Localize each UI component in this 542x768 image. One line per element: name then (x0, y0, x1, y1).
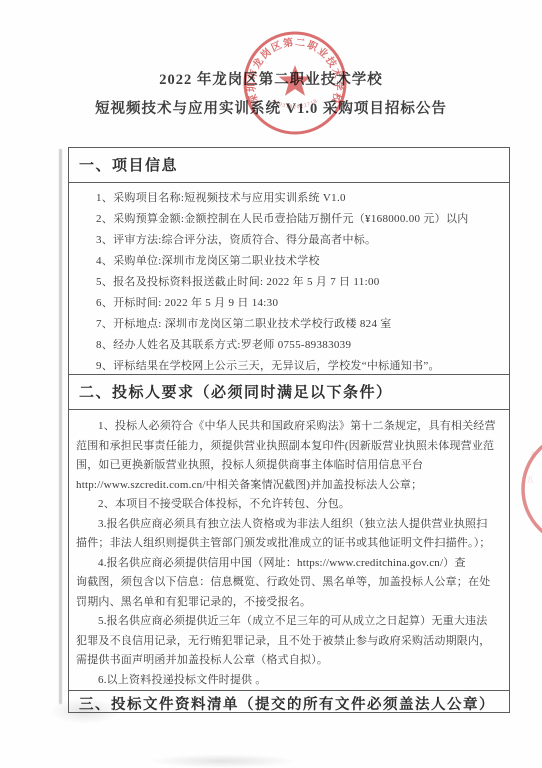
bidder-requirement-3: 3.报名供应商必须具有独立法人资格或为非法人组织（独立法人提供营业执照扫 描件；… (76, 515, 502, 554)
registration-deadline-item: 5、报名及投标资料报送截止时间: 2022 年 5 月 7 日 11:00 (77, 272, 501, 293)
bid-opening-place-item: 7、开标地点: 深圳市龙岗区第二职业技术学校行政楼 824 室 (77, 314, 501, 335)
edge-seal-ring (523, 433, 542, 545)
section-3-heading: 三、投标文件资料清单（提交的所有文件必须盖法人公章） (68, 690, 510, 713)
bidder-requirement-5: 5.报名供应商必须提供近三年（成立不足三年的可从成立之日起算）无重大违法 犯罪及… (76, 612, 502, 671)
seal-star-icon (279, 65, 311, 96)
announcement-table: 一、项目信息 1、采购项目名称:短视频技术与应用实训系统 V1.0 2、采购预算… (68, 147, 510, 713)
partial-edge-stamp: 卡 五 (520, 424, 542, 554)
result-publicity-item: 9、评标结果在学校网上公示三天，无异议后，学校发“中标通知书”。 (77, 356, 501, 375)
document-page: 2022 年龙岗区第二职业技术学校 短视频技术与应用实训系统 V1.0 采购项目… (0, 0, 542, 768)
bidder-requirement-1: 1、投标人必须符合《中华人民共和国政府采购法》第十二条规定，具有相关经营 范围和… (76, 417, 502, 495)
bidder-requirement-2: 2、本项目不接受联合体投标，不允许转包、分包。 (76, 495, 502, 515)
purchaser-item: 4、采购单位:深圳市龙岗区第二职业技术学校 (77, 251, 501, 272)
edge-seal-faint-text: 五 (526, 475, 534, 484)
section-1-heading: 一、项目信息 (68, 147, 510, 183)
official-seal-stamp: 深圳市龙岗区第二职业技术学校 4403182022718 (242, 30, 348, 136)
section-2-content: 1、投标人必须符合《中华人民共和国政府采购法》第十二条规定，具有相关经营 范围和… (68, 409, 510, 691)
budget-item: 2、采购预算金额:金额控制在人民币壹拾陆万捌仟元（¥168000.00 元）以内 (77, 209, 501, 230)
edge-seal-faint-text: 卡 (529, 450, 537, 460)
section-1-content: 1、采购项目名称:短视频技术与应用实训系统 V1.0 2、采购预算金额:金额控制… (68, 182, 510, 375)
project-name-item: 1、采购项目名称:短视频技术与应用实训系统 V1.0 (77, 188, 501, 209)
bidder-requirement-4: 4.报名供应商必须提供信用中国（网址：https://www.creditchi… (76, 554, 502, 613)
contact-item: 8、经办人姓名及其联系方式:罗老师 0755-89383039 (77, 335, 501, 356)
seal-serial-number: 4403182022718 (271, 98, 319, 110)
scan-smudge (148, 754, 298, 768)
scan-shadow-artifact (59, 149, 62, 704)
section-2-heading: 二、投标人要求（必须同时满足以下条件） (68, 374, 510, 410)
bidder-requirement-6: 6.以上资料投递投标文件时提供 。 (76, 671, 502, 691)
review-method-item: 3、评审方法:综合评分法，资质符合、得分最高者中标。 (77, 230, 501, 251)
bid-opening-time-item: 6、开标时间: 2022 年 5 月 9 日 14:30 (77, 293, 501, 314)
